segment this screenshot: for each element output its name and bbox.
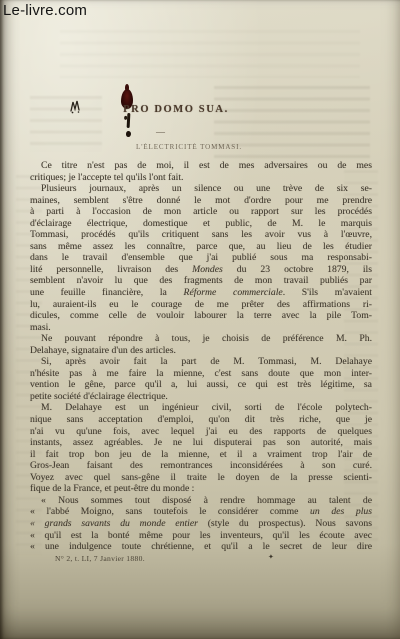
page-title: PRO DOMO SUA. [5,104,347,115]
bleed-through-overlay [60,30,360,78]
text-line: fique de la France, et peut-être du mond… [30,483,372,495]
text-line: « Nous sommes tout disposé à rendre homm… [30,495,372,507]
scanned-page: Le-livre.com PRO DOMO SUA. — L'ÉLECTRICI… [0,0,400,639]
issue-footer: N° 2, t. LI, 7 Janvier 1880. [55,554,145,563]
text-line: Voyez avec quel sans-gêne il traite le d… [30,472,372,484]
text-line: sans même assez les connaître, parce que… [30,241,372,253]
text-line: critiques; je l'accepte tel qu'ils l'ont… [30,172,372,184]
text-line: Plusieurs journaux, après un silence ou … [30,183,372,195]
text-line: maines, semblent s'être donné le mot d'o… [30,195,372,207]
text-line: n'hésite pas à me faire la mienne, c'est… [30,368,372,380]
article-body: Ce titre n'est pas de moi, il est de mes… [30,160,372,553]
text-line: semblent n'avoir lu que des fragments de… [30,275,372,287]
text-line: M. Delahaye est un ingénieur civil, sort… [30,402,372,414]
text-line: dicules, comme celle de vouloir labourer… [30,310,372,322]
title-divider: — [156,127,216,137]
text-line: à parti à l'occasion de mon article ou r… [30,206,372,218]
text-line: « une indulgence toute chrétienne, et qu… [30,541,372,553]
text-line: vention le gêne, parce qu'il a, lui auss… [30,379,372,391]
text-line: instants, assez agréables. Je ne lui dis… [30,437,372,449]
text-line: masi. [30,322,372,334]
bookseller-watermark: Le-livre.com [3,2,87,19]
ink-dot-icon [126,131,131,137]
text-line: d'éclairage électrique, domestique et pu… [30,218,372,230]
ink-drip-icon [127,113,131,128]
text-line: petite société d'éclairage électrique. [30,391,372,403]
text-line: Tommasi, procédés qu'ils critiquent sans… [30,229,372,241]
text-line: une feuille financière, la Réforme comme… [30,287,372,299]
text-line: il fait trop bon jeu de la mienne, et il… [30,449,372,461]
text-line: Delahaye, signataire d'un des articles. [30,345,372,357]
printer-mark-icon: ✦ [268,553,274,561]
text-line: n'ai vu qu'une fois, avec lequel j'ai eu… [30,426,372,438]
text-line: Gros-Jean faisant des remontrances incon… [30,460,372,472]
text-line: nique sans acceptation d'emploi, qu'on d… [30,414,372,426]
text-line: Si, après avoir fait la part de M. Tomma… [30,356,372,368]
text-line: « grands savants du monde entier (style … [30,518,372,530]
text-line: Ce titre n'est pas de moi, il est de mes… [30,160,372,172]
text-line: « qu'il est la bonté même pour les inven… [30,530,372,542]
text-line: « l'abbé Moigno, sans toutefois le consi… [30,506,372,518]
text-line: Ne pouvant répondre à tous, je choisis d… [30,333,372,345]
text-line: dans le travail d'ensemble que j'ai publ… [30,252,372,264]
text-line: lu, auraient-ils eu le courage de me prê… [30,299,372,311]
text-line: lité personnelle, livraison des Mondes d… [30,264,372,276]
page-subtitle: L'ÉLECTRICITÉ TOMMASI. [18,143,360,151]
